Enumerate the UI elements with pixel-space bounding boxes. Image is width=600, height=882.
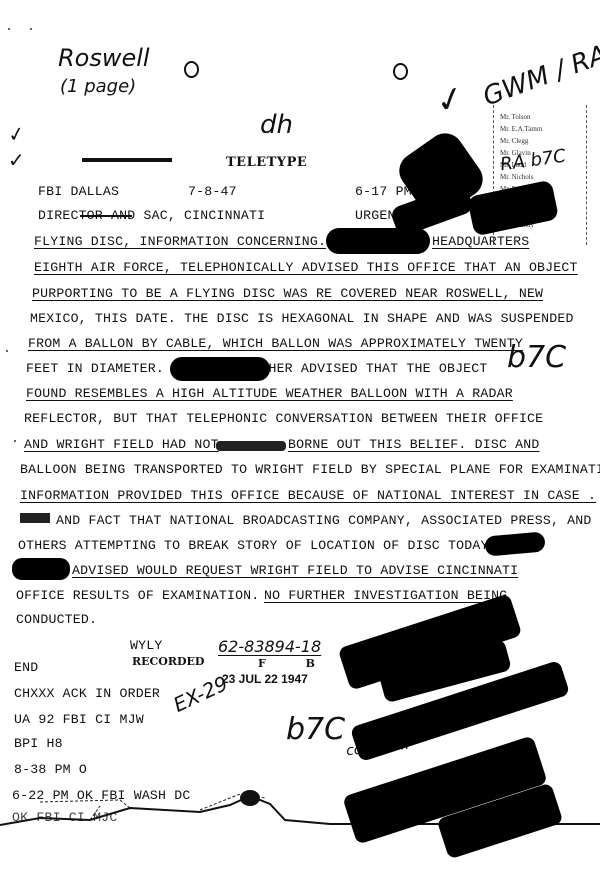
scan-speck xyxy=(14,440,16,442)
handwritten-initials: dh xyxy=(260,110,293,140)
redaction-block xyxy=(326,228,430,254)
punch-hole-mark-left xyxy=(184,61,199,78)
body-line: FURTHER ADVISED THAT THE OBJECT xyxy=(236,361,488,376)
body-line: FLYING DISC, INFORMATION CONCERNING. xyxy=(34,234,326,249)
body-line: CONDUCTED. xyxy=(16,612,97,627)
body-line: BORNE OUT THIS BELIEF. DISC AND xyxy=(288,437,540,452)
body-line: AND FACT THAT NATIONAL BROADCASTING COMP… xyxy=(56,513,592,528)
check-mark-icon: ✓ xyxy=(6,121,27,148)
body-line: OFFICE RESULTS OF EXAMINATION. xyxy=(16,588,259,603)
redaction-block xyxy=(12,558,70,580)
handwritten-title-note: Roswell xyxy=(58,44,150,72)
check-mark-icon: ✓ xyxy=(431,77,469,123)
body-line: FOUND RESEMBLES A HIGH ALTITUDE WEATHER … xyxy=(26,386,513,401)
redaction-block xyxy=(170,357,270,381)
handwritten-routing-initials: GWM / RA / b7C xyxy=(479,14,600,113)
scan-speck xyxy=(8,28,10,30)
footer-line: 8-38 PM O xyxy=(14,762,87,777)
body-line: AND WRIGHT FIELD HAD NOT xyxy=(24,437,219,452)
scan-speck xyxy=(30,28,32,30)
body-line: INFORMATION PROVIDED THIS OFFICE BECAUSE… xyxy=(20,488,596,503)
header-time: 6-17 PM xyxy=(355,184,412,199)
redaction-block xyxy=(216,441,286,451)
recorded-stamp: RECORDED xyxy=(132,655,204,668)
body-line: REFLECTOR, BUT THAT TELEPHONIC CONVERSAT… xyxy=(24,411,543,426)
body-line: MEXICO, THIS DATE. THE DISC IS HEXAGONAL… xyxy=(30,311,574,326)
footer-line: END xyxy=(14,660,38,675)
file-number-stamp: 62-83894-18 xyxy=(218,637,321,656)
header-to: DIRECTOR AND SAC, CINCINNATI xyxy=(38,208,265,223)
body-line: EIGHTH AIR FORCE, TELEPHONICALLY ADVISED… xyxy=(34,260,578,275)
indexed-stamp: EX-29 xyxy=(170,671,232,717)
body-line: PURPORTING TO BE A FLYING DISC WAS RE CO… xyxy=(32,286,543,301)
footer-line: BPI H8 xyxy=(14,736,63,751)
body-line: HEADQUARTERS xyxy=(432,234,529,249)
body-line: FROM A BALLON BY CABLE, WHICH BALLON WAS… xyxy=(28,336,523,351)
date-stamp: 23 JUL 22 1947 xyxy=(222,672,308,686)
strikeout-block xyxy=(20,513,50,523)
check-mark-icon: ✓ xyxy=(8,148,25,172)
punch-hole-mark-right xyxy=(393,63,408,80)
footer-line: UA 92 FBI CI MJW xyxy=(14,712,144,727)
handwritten-exemption-code: b7C xyxy=(286,712,345,747)
body-line: FEET IN DIAMETER. xyxy=(26,361,164,376)
header-rule xyxy=(82,158,172,162)
header-from: FBI DALLAS xyxy=(38,184,119,199)
body-line: ADVISED WOULD REQUEST WRIGHT FIELD TO AD… xyxy=(72,563,518,578)
body-line: NO FURTHER INVESTIGATION BEING xyxy=(264,588,507,603)
document-heading: TELETYPE xyxy=(226,155,307,170)
body-line: OTHERS ATTEMPTING TO BREAK STORY OF LOCA… xyxy=(18,538,497,553)
handwritten-exemption-code: b7C xyxy=(507,340,566,375)
handwritten-page-note: (1 page) xyxy=(60,76,136,97)
signature: WYLY xyxy=(130,638,162,653)
header-date: 7-8-47 xyxy=(188,184,237,199)
redaction-block xyxy=(484,531,546,556)
strikethrough-mark xyxy=(80,215,132,217)
footer-line: CHXXX ACK IN ORDER xyxy=(14,686,160,701)
scan-speck xyxy=(6,350,8,352)
body-line: BALLOON BEING TRANSPORTED TO WRIGHT FIEL… xyxy=(20,462,600,477)
